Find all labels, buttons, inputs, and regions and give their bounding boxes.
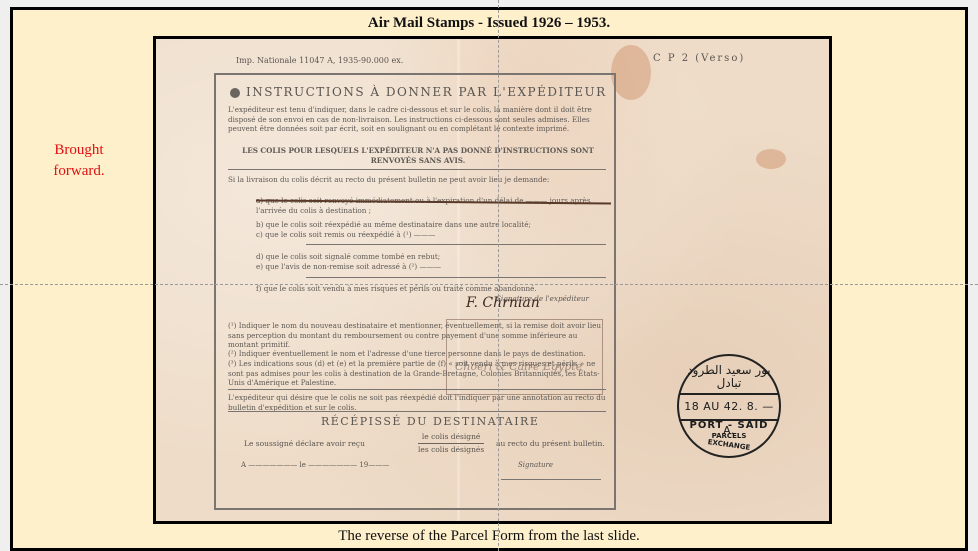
- form-code: C P 2 (Verso): [653, 53, 745, 64]
- horizontal-guide-line: [0, 284, 978, 285]
- option-d: d) que le colis soit signalé comme tombé…: [256, 252, 606, 262]
- receipt-heading: RÉCÉPISSÉ DU DESTINATAIRE: [321, 415, 539, 428]
- postmark-city: PORT - SAID: [679, 420, 779, 431]
- footnote-2: (²) Indiquer éventuellement le nom et l'…: [228, 349, 608, 359]
- fraction-bottom: les colis désignés: [418, 444, 484, 456]
- blank-line: [306, 277, 606, 278]
- brought-forward-note: Brought forward.: [39, 140, 119, 182]
- stain: [611, 45, 651, 100]
- request-intro: Si la livraison du colis décrit au recto…: [228, 175, 608, 185]
- receipt-signature-label: Signature: [518, 461, 553, 469]
- notice-paragraph: LES COLIS POUR LESQUELS L'EXPÉDITEUR N'A…: [228, 146, 608, 165]
- slide-frame: Air Mail Stamps - Issued 1926 – 1953. Br…: [10, 7, 968, 551]
- stain: [756, 149, 786, 169]
- receipt-line-end: au recto du présent bulletin.: [496, 439, 605, 448]
- divider: [228, 411, 606, 412]
- port-said-postmark: بور سعيد الطرود تبادل 18 AU 42. 8. — A. …: [677, 354, 781, 458]
- postmark-date: 18 AU 42. 8. — A.: [679, 393, 779, 421]
- signature-line: [501, 479, 601, 480]
- blank-line: [306, 244, 606, 245]
- intro-paragraph: L'expéditeur est tenu d'indiquer, dans l…: [228, 105, 608, 134]
- option-e: e) que l'avis de non-remise soit adressé…: [256, 262, 606, 272]
- postmark-arabic: بور سعيد الطرود تبادل: [679, 364, 779, 390]
- footnote-1: (¹) Indiquer le nom du nouveau destinata…: [228, 321, 608, 350]
- option-f: f) que le colis soit vendu à mes risques…: [256, 284, 606, 294]
- print-info: Imp. Nationale 11047 A, 1935-90.000 ex.: [236, 56, 403, 65]
- divider: [228, 389, 606, 390]
- slide-caption: The reverse of the Parcel Form from the …: [13, 528, 965, 545]
- slide-title: Air Mail Stamps - Issued 1926 – 1953.: [13, 15, 965, 32]
- footnote-3: (³) Les indications sous (d) et (e) et l…: [228, 359, 608, 388]
- option-b: b) que le colis soit réexpédié au même d…: [256, 220, 606, 230]
- option-c: c) que le colis soit remis ou réexpédié …: [256, 230, 606, 240]
- option-a: a) que le colis soit renvoyé immédiateme…: [256, 196, 606, 215]
- vertical-guide-line: [498, 0, 499, 551]
- sender-signature: F. Chrnian: [466, 295, 540, 311]
- right-column-divider: [614, 73, 616, 506]
- final-note: L'expéditeur qui désire que le colis ne …: [228, 393, 608, 412]
- parcel-form-image: Imp. Nationale 11047 A, 1935-90.000 ex. …: [153, 36, 832, 524]
- form-heading: INSTRUCTIONS À DONNER PAR L'EXPÉDITEUR: [246, 85, 607, 99]
- receipt-date-line: A ——————— le ——————— 19———: [241, 461, 389, 469]
- receipt-fraction: le colis désigné les colis désignés: [418, 431, 484, 456]
- divider: [228, 169, 606, 170]
- bullet-icon: [230, 88, 240, 98]
- fraction-top: le colis désigné: [418, 431, 484, 444]
- receipt-line-start: Le soussigné déclare avoir reçu: [244, 439, 365, 448]
